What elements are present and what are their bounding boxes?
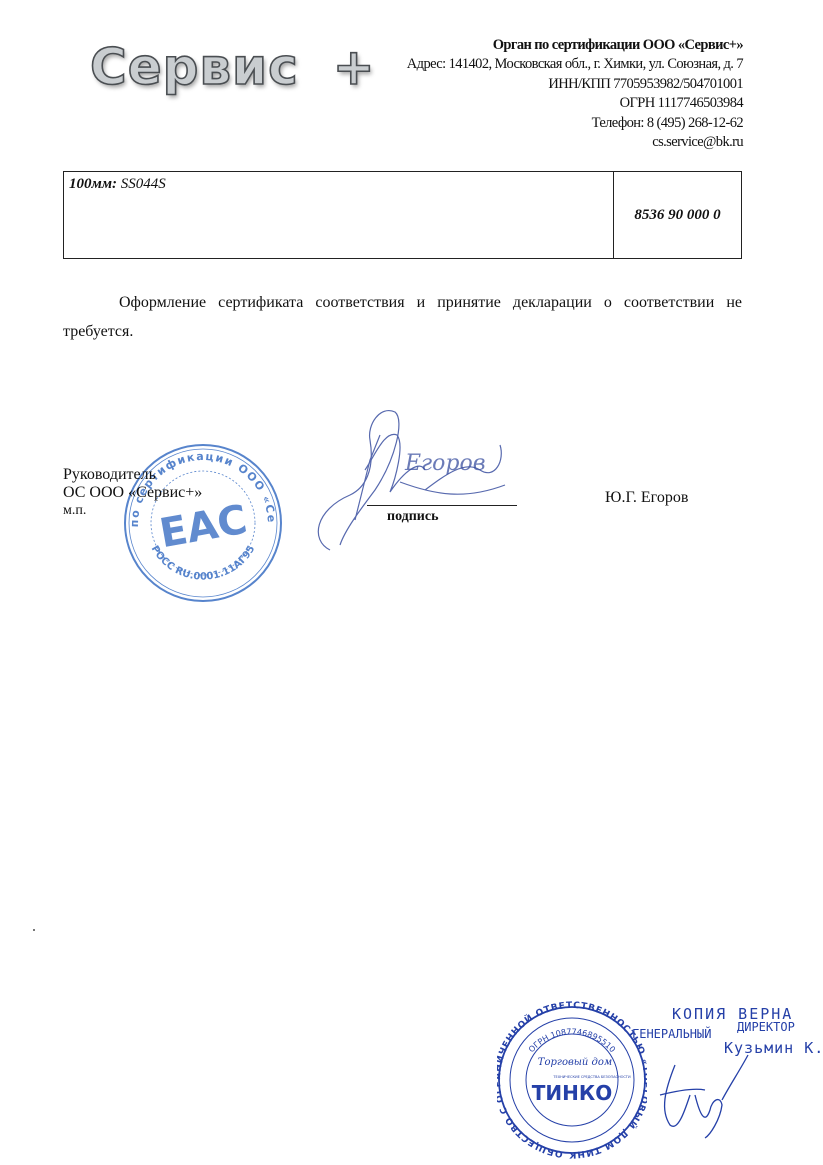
certification-stamp: Орган по сертификации ООО «Сервис+» РОСС… [118,440,288,605]
stamp2-small-text: ТЕХНИЧЕСКИЕ СРЕДСТВА БЕЗОПАСНОСТИ [552,1075,631,1079]
stamp2-brand: ТИНКО [532,1081,612,1105]
org-details: Орган по сертификации ООО «Сервис+» Адре… [407,36,743,152]
product-cell: 100мм: SS044S [64,172,614,258]
signature-block: Руководитель ОС ООО «Сервис+» м.п. [63,466,202,520]
tnved-code: 8536 90 000 0 [614,172,741,258]
signature-label: подпись [387,509,439,525]
company-logo: Сервис+ [90,38,376,96]
product-model: SS044S [121,176,166,192]
org-phone: Телефон: 8 (495) 268-12-62 [407,114,743,133]
copy-role-left: ГЕНЕРАЛЬНЫЙ [632,1027,711,1041]
svg-text:ОБЩЕСТВО С ОГРАНИЧЕННОЙ ОТВЕТС: ОБЩЕСТВО С ОГРАНИЧЕННОЙ ОТВЕТСТВЕННОСТЬЮ… [497,1000,647,1159]
org-name: Орган по сертификации ООО «Сервис+» [407,36,743,55]
org-ogrn: ОГРН 1117746503984 [407,94,743,113]
logo-text: Сервис [90,38,299,96]
scan-artifact [33,929,35,931]
product-size-label: 100мм: [69,176,117,192]
org-inn-kpp: ИНН/КПП 7705953982/504701001 [407,75,743,94]
stamp2-script: Торговый дом [538,1057,612,1068]
signer-name: Ю.Г. Егоров [605,489,688,507]
org-email: cs.service@bk.ru [407,133,743,152]
director-signature [650,1050,750,1140]
product-table: 100мм: SS044S 8536 90 000 0 [63,171,742,259]
svg-text:ОГРН 1087746895510: ОГРН 1087746895510 [527,1027,617,1054]
seal-label: м.п. [63,502,202,520]
stamp2-outer-text: ОБЩЕСТВО С ОГРАНИЧЕННОЙ ОТВЕТСТВЕННОСТЬЮ… [497,1000,647,1159]
signature-line [367,505,517,506]
company-stamp: ОБЩЕСТВО С ОГРАНИЧЕННОЙ ОТВЕТСТВЕННОСТЬЮ… [497,1000,647,1160]
statement-paragraph: Оформление сертификата соответствия и пр… [63,288,742,346]
handwritten-signature: Егоров [305,400,525,560]
stamp2-ogrn: ОГРН 1087746895510 [527,1027,617,1054]
signature-script: Егоров [404,451,486,476]
copy-role-right: ДИРЕКТОР [737,1020,795,1034]
org-address: Адрес: 141402, Московская обл., г. Химки… [407,55,743,74]
logo-plus: + [333,38,376,96]
statement-text: Оформление сертификата соответствия и пр… [63,294,742,340]
position-title: Руководитель [63,466,202,484]
position-org: ОС ООО «Сервис+» [63,484,202,502]
